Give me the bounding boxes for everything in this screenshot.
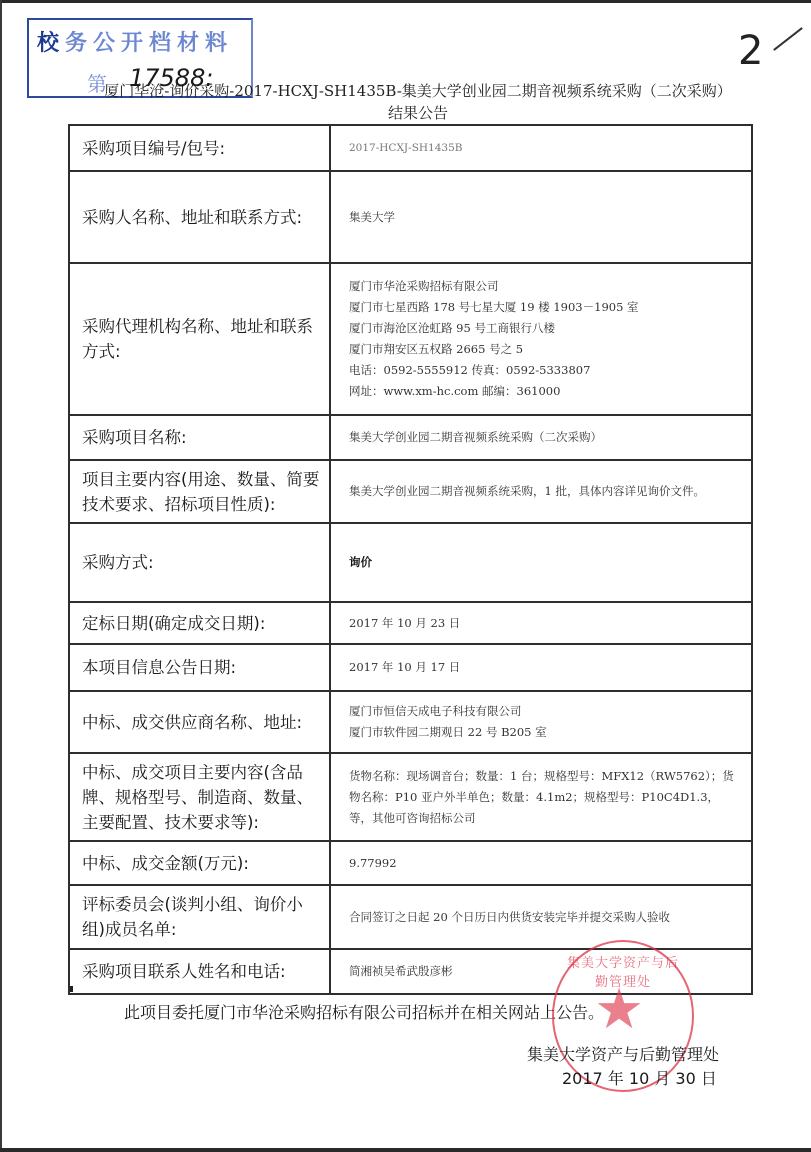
row-value: 询价 <box>330 523 752 602</box>
issuer-name: 集美大学资产与后勤管理处 <box>527 1042 719 1065</box>
row-value-agency: 厦门市华沧采购招标有限公司 厦门市七星西路 178 号七星大厦 19 楼 190… <box>330 263 752 415</box>
agency-website-zip: 网址：www.xm-hc.com 邮编：361000 <box>349 381 741 402</box>
contact-name: 简湘祯 <box>349 964 384 978</box>
table-row: 采购方式: 询价 <box>69 523 752 602</box>
scan-edge-left <box>0 0 2 1152</box>
table-row: 评标委员会(谈判小组、询价小组)成员名单: 合同签订之日起 20 个日历日内供货… <box>69 885 752 949</box>
table-row: 采购项目名称: 集美大学创业园二期音视频系统采购（二次采购） <box>69 415 752 460</box>
row-value-contacts: 简湘祯吴希武殷彦彬 <box>330 949 752 994</box>
agency-name: 厦门市华沧采购招标有限公司 <box>349 276 741 297</box>
result-info-table: 采购项目编号/包号: 2017-HCXJ-SH1435B 采购人名称、地址和联系… <box>68 124 753 995</box>
row-value-supplier: 厦门市恒信天成电子科技有限公司 厦门市软件园二期观日 22 号 B205 室 <box>330 691 752 753</box>
row-label: 采购项目编号/包号: <box>69 125 330 171</box>
stamp-title-rest: 务公开档材料 <box>65 31 233 56</box>
row-value: 货物名称：现场调音台；数量：1 台；规格型号：MFX12（RW5762）；货物名… <box>330 753 752 841</box>
table-row: 中标、成交项目主要内容(含品牌、规格型号、制造商、数量、主要配置、技术要求等):… <box>69 753 752 841</box>
agency-phone-fax: 电话：0592-5555912 传真：0592-5333807 <box>349 360 741 381</box>
table-row: 中标、成交金额(万元): 9.77992 <box>69 841 752 885</box>
row-value: 集美大学创业园二期音视频系统采购（二次采购） <box>330 415 752 460</box>
scan-speck <box>70 986 73 992</box>
procurement-method-value: 询价 <box>349 555 372 569</box>
row-label: 采购项目联系人姓名和电话: <box>69 949 330 994</box>
agency-address-3: 厦门市翔安区五权路 2665 号之 5 <box>349 339 741 360</box>
footer-note: 此项目委托厦门市华沧采购招标有限公司招标并在相关网站上公告。 <box>124 1000 604 1023</box>
row-label: 定标日期(确定成交日期): <box>69 602 330 644</box>
handwritten-page-mark: 2 <box>738 28 763 74</box>
row-value: 合同签订之日起 20 个日历日内供货安装完毕并提交采购人验收 <box>330 885 752 949</box>
table-row: 采购项目编号/包号: 2017-HCXJ-SH1435B <box>69 125 752 171</box>
row-label: 采购项目名称: <box>69 415 330 460</box>
agency-address-2: 厦门市海沧区沧虹路 95 号工商银行八楼 <box>349 318 741 339</box>
contact-name: 吴希武 <box>384 964 419 978</box>
row-label: 采购方式: <box>69 523 330 602</box>
row-value: 集美大学创业园二期音视频系统采购，1 批，具体内容详见询价文件。 <box>330 460 752 523</box>
agency-address-1: 厦门市七星西路 178 号七星大厦 19 楼 1903－1905 室 <box>349 297 741 318</box>
row-value: 2017-HCXJ-SH1435B <box>330 125 752 171</box>
row-value: 9.77992 <box>330 841 752 885</box>
contact-name: 殷彦彬 <box>418 964 453 978</box>
scan-edge-bottom <box>0 1148 811 1152</box>
received-stamp-title: 校务公开档材料 <box>37 26 233 57</box>
issue-date: 2017 年 10 月 30 日 <box>562 1066 717 1089</box>
row-label: 中标、成交供应商名称、地址: <box>69 691 330 753</box>
row-label: 本项目信息公告日期: <box>69 644 330 691</box>
row-label: 中标、成交项目主要内容(含品牌、规格型号、制造商、数量、主要配置、技术要求等): <box>69 753 330 841</box>
scan-edge-top <box>0 0 811 3</box>
table-row: 本项目信息公告日期: 2017 年 10 月 17 日 <box>69 644 752 691</box>
document-title-line2: 结果公告 <box>68 102 768 124</box>
supplier-name: 厦门市恒信天成电子科技有限公司 <box>349 701 741 722</box>
row-label: 中标、成交金额(万元): <box>69 841 330 885</box>
row-label: 评标委员会(谈判小组、询价小组)成员名单: <box>69 885 330 949</box>
document-title-line1: 厦门华沧-询价采购-2017-HCXJ-SH1435B-集美大学创业园二期音视频… <box>68 80 768 102</box>
table-row: 定标日期(确定成交日期): 2017 年 10 月 23 日 <box>69 602 752 644</box>
row-value: 集美大学 <box>330 171 752 263</box>
table-row: 采购代理机构名称、地址和联系方式: 厦门市华沧采购招标有限公司 厦门市七星西路 … <box>69 263 752 415</box>
row-label: 项目主要内容(用途、数量、简要技术要求、招标项目性质): <box>69 460 330 523</box>
supplier-address: 厦门市软件园二期观日 22 号 B205 室 <box>349 722 741 743</box>
project-number-value: 2017-HCXJ-SH1435B <box>349 142 462 154</box>
handwritten-stroke <box>773 27 803 51</box>
row-value: 2017 年 10 月 23 日 <box>330 602 752 644</box>
row-value: 2017 年 10 月 17 日 <box>330 644 752 691</box>
table-row: 项目主要内容(用途、数量、简要技术要求、招标项目性质): 集美大学创业园二期音视… <box>69 460 752 523</box>
document-title: 厦门华沧-询价采购-2017-HCXJ-SH1435B-集美大学创业园二期音视频… <box>68 80 768 124</box>
table-row: 中标、成交供应商名称、地址: 厦门市恒信天成电子科技有限公司 厦门市软件园二期观… <box>69 691 752 753</box>
row-label: 采购人名称、地址和联系方式: <box>69 171 330 263</box>
table-row: 采购人名称、地址和联系方式: 集美大学 <box>69 171 752 263</box>
row-label: 采购代理机构名称、地址和联系方式: <box>69 263 330 415</box>
stamp-title-first-char: 校 <box>37 31 65 56</box>
table-row: 采购项目联系人姓名和电话: 简湘祯吴希武殷彦彬 <box>69 949 752 994</box>
